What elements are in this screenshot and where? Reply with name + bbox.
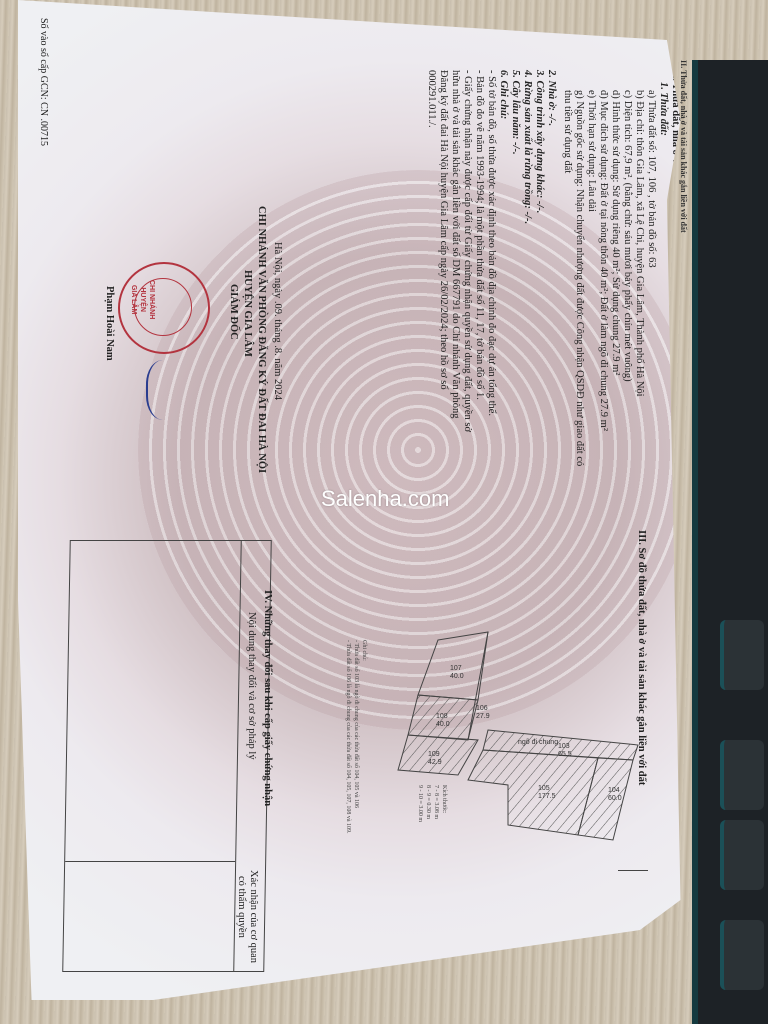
note-line: Đăng ký đất đai Hà Nội huyện Gia Lâm cấp… (437, 70, 450, 390)
note-line: 000291.011./. (425, 70, 438, 128)
svg-text:27.9: 27.9 (476, 713, 490, 720)
changes-column-content: Nội dung thay đổi và cơ sở pháp lý (245, 612, 258, 760)
signer-name: Phạm Hoài Nam (103, 286, 116, 361)
issuing-district: HUYỆN GIA LÂM (241, 270, 254, 357)
issuing-office: CHI NHÁNH VĂN PHÒNG ĐĂNG KÝ ĐẤT ĐAI HÀ N… (255, 206, 268, 473)
signer-role: GIÁM ĐỐC (227, 284, 240, 340)
watermark: Salenha.com (321, 486, 449, 512)
note-line: hữu nhà ở và tài sản khác gắn liền với đ… (449, 70, 462, 418)
parcel-line: a) Thửa đất số: 107, 106 , tờ bản đồ số:… (645, 90, 658, 268)
svg-text:108: 108 (436, 713, 448, 720)
origin-line: g) Nguồn gốc sử dụng: Nhận chuyển nhượng… (573, 90, 586, 466)
origin-line-cont: thu tiền sử dụng đất (561, 90, 574, 173)
usage-form-line: d) Hình thức sử dụng: Sử dụng riêng 40 m… (609, 90, 622, 375)
note-line: - Bản đồ đo vẽ năm 1993-1994; là một phầ… (473, 70, 486, 400)
keyboard-key (720, 620, 764, 690)
svg-text:177.5: 177.5 (538, 793, 556, 800)
changes-column-confirm: Xác nhận của cơ quan (247, 870, 260, 963)
item-construction: 3. Công trình xây dựng khác: -/-. (533, 70, 546, 213)
parcel-map: 107 40.0 106 27.9 108 40.0 109 42.9 103 … (358, 620, 658, 880)
note-line: - Số tờ bản đồ, số thửa được xác định th… (485, 70, 498, 416)
area-line: c) Diện tích: 67,9 m², (bằng chữ: sáu mư… (621, 90, 634, 382)
next-page-header: II. Thửa đất, nhà ở và tài sản khác gắn … (677, 60, 690, 233)
item-forest: 4. Rừng sản xuất là rừng trồng: -/-. (521, 70, 534, 224)
certificate-page: II. Thửa đất, nhà ở và tài sản khác gắn … (18, 0, 694, 1000)
issue-date: Hà Nội, ngày .09. tháng .8. năm 2024 (271, 242, 284, 400)
svg-text:106: 106 (476, 705, 488, 712)
purpose-line: đ) Mục đích sử dụng: Đất ở tại nông thôn… (597, 90, 610, 431)
svg-text:ngõ đi chung: ngõ đi chung (518, 739, 558, 746)
address-line: b) Địa chỉ: thôn Gia Lâm, xã Lệ Chi, huy… (633, 90, 646, 397)
section2-sub1: 1. Thửa đất: (657, 82, 670, 136)
svg-text:105: 105 (538, 785, 550, 792)
svg-text:60.0: 60.0 (608, 795, 622, 802)
item-perennial: 5. Cây lâu năm: -/-. (509, 70, 522, 155)
svg-text:40.0: 40.0 (450, 673, 464, 680)
keyboard-key (720, 920, 764, 990)
svg-text:109: 109 (428, 751, 440, 758)
item-house: 2. Nhà ở: -/-. (545, 70, 558, 126)
keyboard-key (720, 740, 764, 810)
keyboard (692, 60, 768, 1024)
svg-text:104: 104 (608, 787, 620, 794)
item-notes: 6. Ghi chú: (497, 70, 510, 119)
svg-text:40.0: 40.0 (436, 721, 450, 728)
north-arrow-icon (618, 870, 648, 871)
svg-text:65.5: 65.5 (558, 751, 572, 758)
map-legend: Ghi chú: - Thửa đất số 103 là ngõ đi chu… (344, 640, 368, 834)
registry-number: Số vào sổ cấp GCN: CN .00715 (37, 18, 50, 146)
svg-text:42.9: 42.9 (428, 759, 442, 766)
official-stamp: CHI NHÁNH HUYỆN GIA LÂM (118, 262, 210, 354)
signature-scribble (146, 360, 188, 420)
map-dimensions: Kích thước: 7 - 8 = 3.08 m 8 - 9 = 0.30 … (416, 785, 448, 822)
changes-column-confirm-2: có thẩm quyền (235, 876, 248, 938)
note-line: - Giấy chứng nhận này được cấp đổi từ Gi… (461, 70, 474, 432)
section4-title: IV. Những thay đổi sau khi cấp giấy chứn… (261, 590, 274, 806)
term-line: e) Thời hạn sử dụng: Lâu dài (585, 90, 598, 212)
svg-text:103: 103 (558, 743, 570, 750)
keyboard-key (720, 820, 764, 890)
svg-text:107: 107 (450, 665, 462, 672)
